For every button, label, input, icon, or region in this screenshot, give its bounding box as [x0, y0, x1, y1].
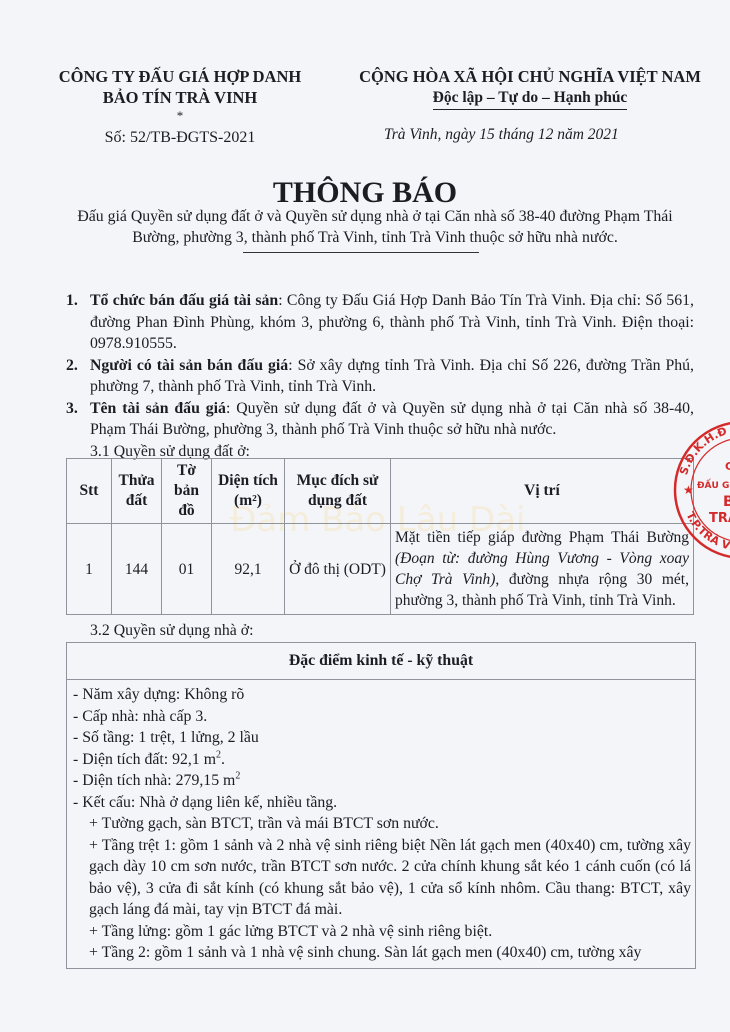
col-vi-tri: Vị trí [391, 459, 694, 524]
col-to-ban-do: Tờ bản đồ [162, 459, 212, 524]
svg-text:BẢ: BẢ [723, 491, 730, 510]
house-detail: + Tường gạch, sàn BTCT, trần và mái BTCT… [73, 813, 691, 835]
item-label: Tổ chức bán đấu giá tài sản [90, 292, 278, 309]
house-detail: + Tầng trệt 1: gồm 1 sảnh và 2 nhà vệ si… [73, 835, 691, 921]
house-detail: + Tầng lửng: gồm 1 gác lửng BTCT và 2 nh… [73, 921, 691, 943]
list-item: 1. Tổ chức bán đấu giá tài sản: Công ty … [66, 290, 694, 355]
house-line: - Cấp nhà: nhà cấp 3. [73, 706, 691, 728]
item-number: 3. [66, 398, 78, 420]
svg-text:ĐẤU GIÁ: ĐẤU GIÁ [697, 478, 730, 491]
svg-text:CÔ: CÔ [725, 460, 730, 473]
doc-number: Số: 52/TB-ĐGTS-2021 [40, 126, 320, 150]
svg-text:S.Đ.K.H.Đ: S.Đ.K.H.Đ [677, 424, 728, 476]
cell-stt: 1 [67, 524, 112, 615]
page-subtitle: Đấu giá Quyền sử dụng đất ở và Quyền sử … [70, 206, 680, 248]
list-item: 2. Người có tài sản bán đấu giá: Sở xây … [66, 355, 694, 398]
page-title: THÔNG BÁO [0, 176, 730, 210]
cell-muc-dich: Ở đô thị (ODT) [285, 524, 391, 615]
cell-thua-dat: 144 [112, 524, 162, 615]
land-area-text: - Diện tích đất: 92,1 m [73, 751, 216, 768]
notice-items: 1. Tổ chức bán đấu giá tài sản: Công ty … [66, 290, 694, 462]
cell-dien-tich: 92,1 [212, 524, 285, 615]
svg-text:★: ★ [683, 483, 694, 497]
col-thua-dat: Thửa đất [112, 459, 162, 524]
divider [243, 252, 479, 253]
place-date: Trà Vinh, ngày 15 tháng 12 năm 2021 [330, 124, 730, 146]
cell-to-ban-do: 01 [162, 524, 212, 615]
land-table: Stt Thửa đất Tờ bản đồ Diện tích (m²) Mụ… [66, 458, 694, 615]
house-table: Đặc điểm kinh tế - kỹ thuật - Năm xây dự… [66, 642, 696, 969]
house-line: - Số tầng: 1 trệt, 1 lửng, 2 lầu [73, 727, 691, 749]
land-area-suffix: . [221, 751, 225, 768]
col-dien-tich: Diện tích (m²) [212, 459, 285, 524]
house-structure: - Kết cấu: Nhà ở dạng liên kế, nhiều tần… [73, 792, 691, 814]
nation-title: CỘNG HÒA XÃ HỘI CHỦ NGHĨA VIỆT NAM [330, 66, 730, 87]
col-muc-dich: Mục đích sử dụng đất [285, 459, 391, 524]
cell-vi-tri: Mặt tiền tiếp giáp đường Phạm Thái Bường… [391, 524, 694, 615]
list-item: 3. Tên tài sản đấu giá: Quyền sử dụng đấ… [66, 398, 694, 441]
nation-motto: Độc lập – Tự do – Hạnh phúc [433, 87, 628, 110]
col-stt: Stt [67, 459, 112, 524]
item-label: Người có tài sản bán đấu giá [90, 357, 288, 374]
sup-2: 2 [235, 771, 240, 782]
org-star: * [40, 108, 320, 124]
house-floor-area: - Diện tích nhà: 279,15 m2 [73, 770, 691, 792]
red-seal-stamp: S.Đ.K.H.Đ T.P.TRÀ VINH ★ CÔ ĐẤU GIÁ BẢ T… [673, 420, 730, 560]
house-area-text: - Diện tích nhà: 279,15 m [73, 772, 235, 789]
table-header-row: Stt Thửa đất Tờ bản đồ Diện tích (m²) Mụ… [67, 459, 694, 524]
nation-header: CỘNG HÒA XÃ HỘI CHỦ NGHĨA VIỆT NAM Độc l… [330, 66, 730, 146]
house-detail: + Tầng 2: gồm 1 sảnh và 1 nhà vệ sinh ch… [73, 942, 691, 964]
house-table-header: Đặc điểm kinh tế - kỹ thuật [67, 643, 695, 680]
house-table-body: - Năm xây dựng: Không rõ - Cấp nhà: nhà … [67, 680, 695, 968]
document-page: Đảm Bảo Lâu Dài CÔNG TY ĐẤU GIÁ HỢP DANH… [0, 0, 730, 1032]
house-line: - Năm xây dựng: Không rõ [73, 684, 691, 706]
item-number: 2. [66, 355, 78, 377]
org-name-line1: CÔNG TY ĐẤU GIÁ HỢP DANH [40, 66, 320, 87]
issuer-header: CÔNG TY ĐẤU GIÁ HỢP DANH BẢO TÍN TRÀ VIN… [40, 66, 320, 150]
item-label: Tên tài sản đấu giá [90, 400, 226, 417]
house-heading: 3.2 Quyền sử dụng nhà ở: [90, 620, 253, 641]
table-row: 1 144 01 92,1 Ở đô thị (ODT) Mặt tiền ti… [67, 524, 694, 615]
vi-tri-part1: Mặt tiền tiếp giáp đường Phạm Thái Bường [395, 529, 689, 546]
item-number: 1. [66, 290, 78, 312]
house-land-area: - Diện tích đất: 92,1 m2. [73, 749, 691, 771]
svg-text:TRÀ: TRÀ [709, 510, 730, 526]
org-name-line2: BẢO TÍN TRÀ VINH [40, 87, 320, 108]
